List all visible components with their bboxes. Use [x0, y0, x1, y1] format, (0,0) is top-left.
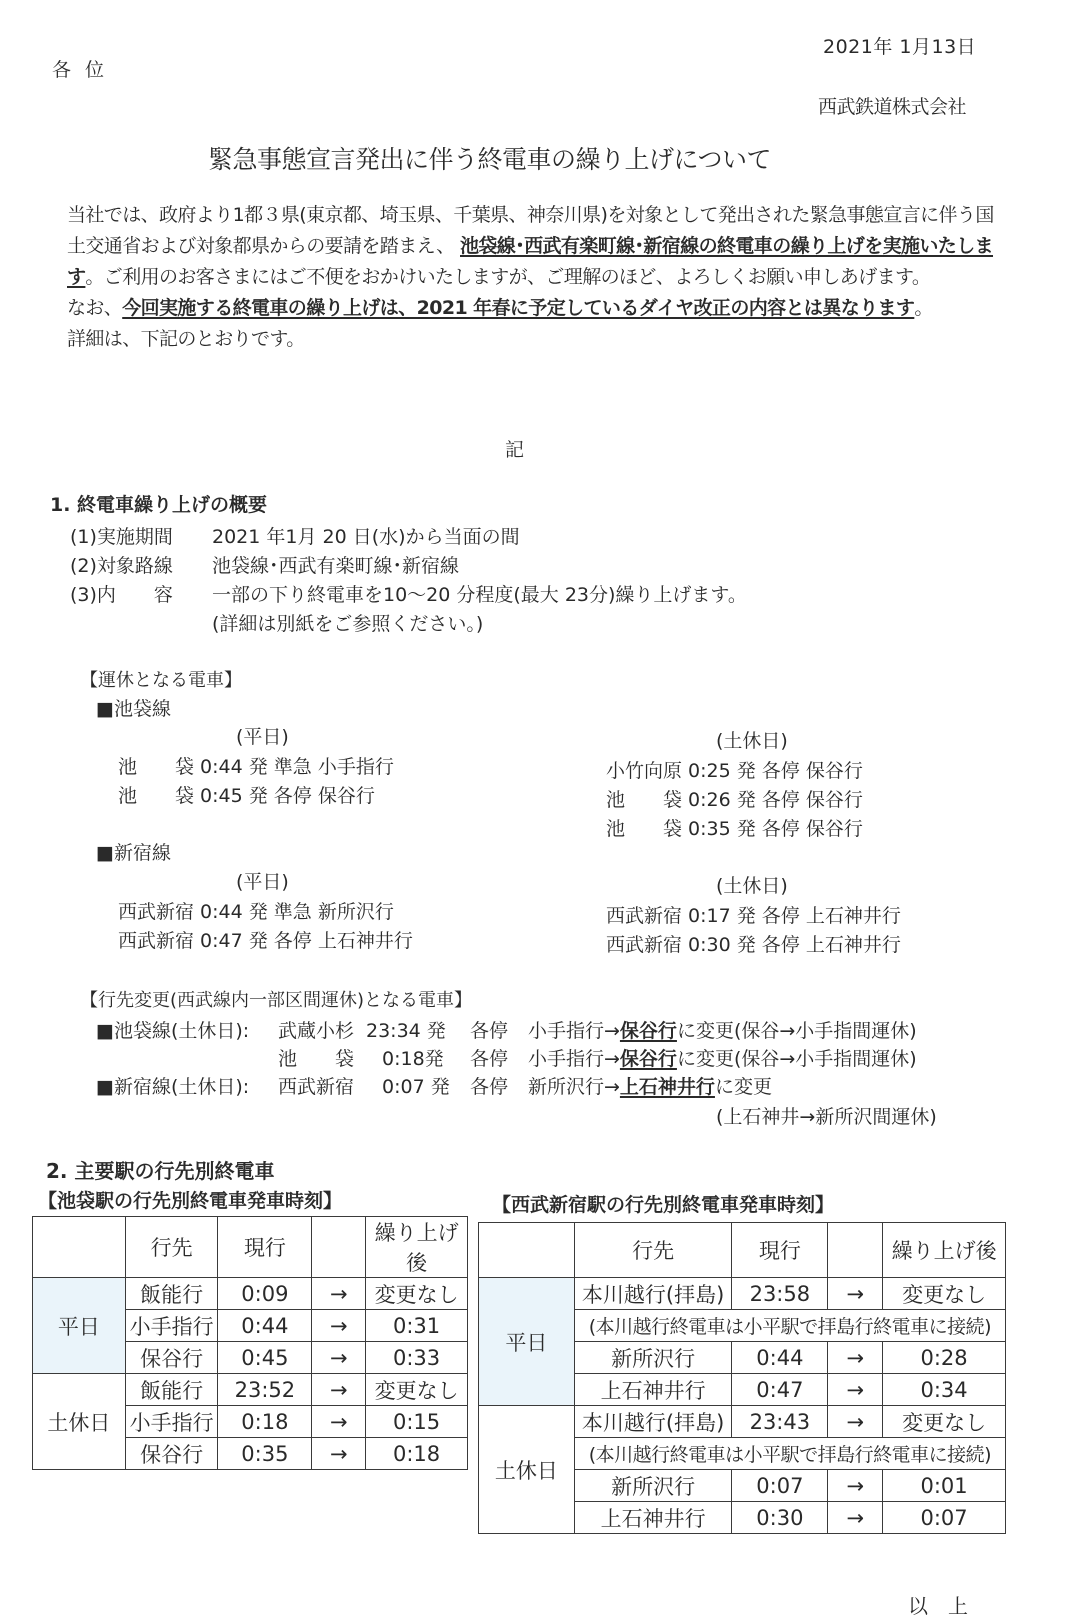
- changed-suffix: に変更: [715, 1076, 772, 1098]
- arrow-cell: →: [312, 1374, 366, 1406]
- new-time-cell: 0:15: [366, 1406, 468, 1438]
- changed-from: 小手指行→: [528, 1048, 620, 1070]
- changed-to: 上石神井行: [620, 1076, 715, 1098]
- current-time-cell: 23:52: [218, 1374, 312, 1406]
- new-time-cell: 0:33: [366, 1342, 468, 1374]
- changed-row-3-detail: 新所沢行→上石神井行に変更: [528, 1072, 772, 1099]
- header-cell: [479, 1223, 575, 1278]
- section-1-heading: 1. 終電車繰り上げの概要: [50, 490, 267, 517]
- current-time-cell: 0:35: [218, 1438, 312, 1470]
- current-time-cell: 0:44: [218, 1310, 312, 1342]
- changed-row-3-station: 西武新宿: [278, 1072, 354, 1099]
- overview-note: (詳細は別紙をご参照ください。): [212, 609, 483, 636]
- changed-to: 保谷行: [620, 1020, 677, 1042]
- header-cell: [828, 1223, 883, 1278]
- changed-heading: 【行先変更(西武線内一部区間運休)となる電車】: [80, 986, 472, 1012]
- new-time-cell: 0:34: [883, 1374, 1006, 1406]
- group-label-weekday: 平日: [479, 1278, 575, 1406]
- changed-suffix: に変更(保谷→小手指間運休): [677, 1020, 917, 1042]
- arrow-cell: →: [312, 1278, 366, 1310]
- new-time-cell: 0:07: [883, 1502, 1006, 1534]
- changed-row-1-station: 武蔵小杉: [278, 1016, 354, 1043]
- destination-cell: 新所沢行: [574, 1342, 732, 1374]
- intro-text: 。ご利用のお客さまにはご不便をおかけいたしますが、ご理解のほど、よろしくお願い申…: [85, 266, 930, 288]
- current-time-cell: 0:09: [218, 1278, 312, 1310]
- shinjuku-table-title: 【西武新宿駅の行先別終電車発車時刻】: [492, 1190, 834, 1217]
- arrow-cell: →: [828, 1374, 883, 1406]
- ikebukuro-weekday-label: (平日): [236, 722, 289, 749]
- changed-note: (上石神井→新所沢間運休): [716, 1102, 937, 1129]
- shinjuku-holiday-train-2: 西武新宿 0:30 発 各停 上石神井行: [606, 930, 901, 957]
- table-row: 平日 飯能行 0:09 → 変更なし: [33, 1278, 468, 1310]
- current-time-cell: 0:47: [732, 1374, 828, 1406]
- group-label-weekday: 平日: [33, 1278, 126, 1374]
- new-time-cell: 変更なし: [883, 1278, 1006, 1310]
- changed-from: 小手指行→: [528, 1020, 620, 1042]
- current-time-cell: 0:18: [218, 1406, 312, 1438]
- new-time-cell: 0:28: [883, 1342, 1006, 1374]
- arrow-cell: →: [828, 1470, 883, 1502]
- issuer: 西武鉄道株式会社: [818, 92, 966, 119]
- arrow-cell: →: [312, 1406, 366, 1438]
- overview-label-3: (3)内 容: [70, 580, 173, 607]
- new-time-cell: 変更なし: [366, 1278, 468, 1310]
- current-time-cell: 0:07: [732, 1470, 828, 1502]
- table-header-row: 行先 現行 繰り上げ後: [33, 1217, 468, 1278]
- intro-body: 当社では、政府より1都３県(東京都、埼玉県、千葉県、神奈川県)を対象として発出さ…: [48, 200, 1008, 355]
- destination-cell: 保谷行: [125, 1342, 218, 1374]
- changed-row-3-line: ■新宿線(土休日):: [96, 1072, 249, 1099]
- closing-mark: 以 上: [908, 1590, 968, 1617]
- changed-row-3-time: 0:07 発: [382, 1072, 450, 1099]
- changed-row-1-line: ■池袋線(土休日):: [96, 1016, 249, 1043]
- header-cell: 繰り上げ後: [366, 1217, 468, 1278]
- changed-row-3-type: 各停: [470, 1072, 508, 1099]
- destination-cell: 本川越行(拝島): [574, 1278, 732, 1310]
- intro-text: 。: [914, 297, 932, 319]
- ikebukuro-weekday-train-1: 池 袋 0:44 発 準急 小手指行: [118, 752, 394, 779]
- ikebukuro-holiday-label: (土休日): [716, 726, 788, 753]
- table-row: 土休日 本川越行(拝島) 23:43 → 変更なし: [479, 1406, 1006, 1438]
- arrow-cell: →: [312, 1342, 366, 1374]
- shinjuku-weekday-train-1: 西武新宿 0:44 発 準急 新所沢行: [118, 897, 394, 924]
- intro-paragraph-2: なお、今回実施する終電車の繰り上げは、2021 年春に予定しているダイヤ改正の内…: [48, 293, 1008, 324]
- group-label-holiday: 土休日: [479, 1406, 575, 1534]
- destination-cell: 本川越行(拝島): [574, 1406, 732, 1438]
- current-time-cell: 0:30: [732, 1502, 828, 1534]
- new-time-cell: 変更なし: [883, 1406, 1006, 1438]
- current-time-cell: 23:58: [732, 1278, 828, 1310]
- intro-paragraph-3: 詳細は、下記のとおりです。: [48, 324, 1008, 355]
- current-time-cell: 0:44: [732, 1342, 828, 1374]
- shinjuku-timetable: 行先 現行 繰り上げ後 平日 本川越行(拝島) 23:58 → 変更なし (本川…: [478, 1222, 1006, 1534]
- destination-cell: 小手指行: [125, 1406, 218, 1438]
- connection-note: (本川越行終電車は小平駅で拝島行終電車に接続): [574, 1310, 1005, 1342]
- destination-cell: 上石神井行: [574, 1502, 732, 1534]
- group-label-holiday: 土休日: [33, 1374, 126, 1470]
- arrow-cell: →: [312, 1438, 366, 1470]
- destination-cell: 保谷行: [125, 1438, 218, 1470]
- changed-suffix: に変更(保谷→小手指間運休): [677, 1048, 917, 1070]
- new-time-cell: 0:31: [366, 1310, 468, 1342]
- table-row: 平日 本川越行(拝島) 23:58 → 変更なし: [479, 1278, 1006, 1310]
- ikebukuro-table-title: 【池袋駅の行先別終電車発車時刻】: [38, 1186, 342, 1213]
- page-title: 緊急事態宣言発出に伴う終電車の繰り上げについて: [208, 140, 771, 176]
- shinjuku-holiday-train-1: 西武新宿 0:17 発 各停 上石神井行: [606, 901, 901, 928]
- ki-label: 記: [505, 435, 524, 462]
- current-time-cell: 0:45: [218, 1342, 312, 1374]
- current-time-cell: 23:43: [732, 1406, 828, 1438]
- arrow-cell: →: [828, 1502, 883, 1534]
- header-cell: 繰り上げ後: [883, 1223, 1006, 1278]
- document-date: 2021年 1月13日: [823, 32, 976, 59]
- connection-note: (本川越行終電車は小平駅で拝島行終電車に接続): [574, 1438, 1005, 1470]
- shinjuku-weekday-label: (平日): [236, 867, 289, 894]
- changed-to: 保谷行: [620, 1048, 677, 1070]
- destination-cell: 上石神井行: [574, 1374, 732, 1406]
- header-cell: 行先: [125, 1217, 218, 1278]
- arrow-cell: →: [828, 1342, 883, 1374]
- changed-row-1-detail: 小手指行→保谷行に変更(保谷→小手指間運休): [528, 1016, 917, 1043]
- destination-cell: 飯能行: [125, 1278, 218, 1310]
- new-time-cell: 0:18: [366, 1438, 468, 1470]
- intro-paragraph-1: 当社では、政府より1都３県(東京都、埼玉県、千葉県、神奈川県)を対象として発出さ…: [48, 200, 1008, 293]
- header-cell: [33, 1217, 126, 1278]
- shinjuku-line-label: ■新宿線: [96, 838, 171, 865]
- table-row: 土休日 飯能行 23:52 → 変更なし: [33, 1374, 468, 1406]
- changed-row-1-time: 23:34 発: [366, 1016, 446, 1043]
- new-time-cell: 0:01: [883, 1470, 1006, 1502]
- destination-cell: 飯能行: [125, 1374, 218, 1406]
- changed-row-2-detail: 小手指行→保谷行に変更(保谷→小手指間運休): [528, 1044, 917, 1071]
- changed-row-2-type: 各停: [470, 1044, 508, 1071]
- header-cell: 現行: [218, 1217, 312, 1278]
- ikebukuro-holiday-train-2: 池 袋 0:26 発 各停 保谷行: [606, 785, 863, 812]
- intro-text: なお、: [67, 297, 122, 319]
- arrow-cell: →: [828, 1278, 883, 1310]
- changed-row-2-station: 池 袋: [278, 1044, 354, 1071]
- destination-cell: 小手指行: [125, 1310, 218, 1342]
- header-cell: 現行: [732, 1223, 828, 1278]
- arrow-cell: →: [312, 1310, 366, 1342]
- changed-row-1-type: 各停: [470, 1016, 508, 1043]
- header-cell: 行先: [574, 1223, 732, 1278]
- ikebukuro-holiday-train-1: 小竹向原 0:25 発 各停 保谷行: [606, 756, 863, 783]
- changed-from: 新所沢行→: [528, 1076, 620, 1098]
- overview-value-1: 2021 年1月 20 日(水)から当面の間: [212, 522, 520, 549]
- changed-row-2-time: 0:18発: [382, 1044, 444, 1071]
- destination-cell: 新所沢行: [574, 1470, 732, 1502]
- header-cell: [312, 1217, 366, 1278]
- ikebukuro-line-label: ■池袋線: [96, 694, 171, 721]
- table-header-row: 行先 現行 繰り上げ後: [479, 1223, 1006, 1278]
- section-2-heading: 2. 主要駅の行先別終電車: [46, 1155, 274, 1184]
- shinjuku-weekday-train-2: 西武新宿 0:47 発 各停 上石神井行: [118, 926, 413, 953]
- shinjuku-holiday-label: (土休日): [716, 871, 788, 898]
- intro-emphasis-2: 今回実施する終電車の繰り上げは、2021 年春に予定しているダイヤ改正の内容とは…: [122, 297, 914, 319]
- addressee: 各 位: [52, 55, 108, 82]
- new-time-cell: 変更なし: [366, 1374, 468, 1406]
- ikebukuro-weekday-train-2: 池 袋 0:45 発 各停 保谷行: [118, 781, 375, 808]
- ikebukuro-holiday-train-3: 池 袋 0:35 発 各停 保谷行: [606, 814, 863, 841]
- overview-label-1: (1)実施期間: [70, 522, 173, 549]
- arrow-cell: →: [828, 1406, 883, 1438]
- overview-value-3: 一部の下り終電車を10～20 分程度(最大 23分)繰り上げます。: [212, 580, 747, 607]
- suspended-heading: 【運休となる電車】: [80, 666, 242, 692]
- ikebukuro-timetable: 行先 現行 繰り上げ後 平日 飯能行 0:09 → 変更なし 小手指行 0:44…: [32, 1216, 468, 1470]
- overview-label-2: (2)対象路線: [70, 551, 173, 578]
- overview-value-2: 池袋線･西武有楽町線･新宿線: [212, 551, 459, 578]
